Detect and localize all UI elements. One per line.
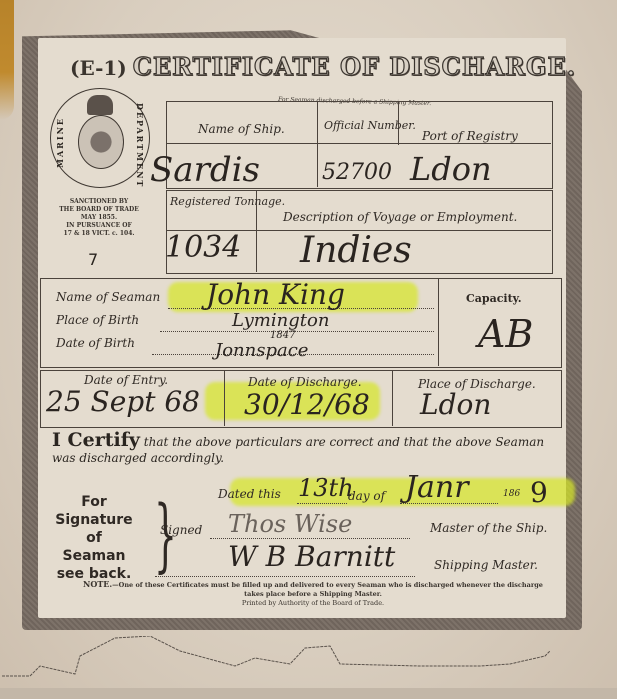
capacity-label: Capacity. — [466, 292, 522, 305]
dated-year-digit: 9 — [530, 476, 548, 509]
form-code: (E-1) — [70, 56, 127, 80]
note-line: of — [50, 529, 138, 547]
shipping-master-signature-line — [155, 576, 415, 577]
sanction-line: THE BOARD OF TRADE — [40, 206, 158, 214]
seal-right-text: DEPARTMENT — [135, 103, 145, 188]
official-number-value: 52700 — [322, 160, 392, 185]
footer-note: NOTE.—One of these Certificates must be … — [78, 580, 548, 608]
table-surface-edge — [0, 0, 14, 120]
dated-year-prefix: 186 — [503, 489, 520, 499]
dated-month: Janr — [405, 470, 469, 505]
voyage-value: Indies — [300, 230, 412, 271]
printed-by: Printed by Authority of the Board of Tra… — [78, 599, 548, 608]
date-of-birth-label: Date of Birth — [56, 336, 135, 350]
master-of-ship-label: Master of the Ship. — [430, 521, 547, 535]
master-signature-line — [210, 538, 410, 539]
royal-badge-icon — [78, 115, 124, 169]
sanction-notice: SANCTIONED BY THE BOARD OF TRADE MAY 185… — [40, 198, 158, 238]
master-signature: Thos Wise — [228, 510, 352, 538]
tonnage-label: Registered Tonnage. — [170, 196, 254, 208]
seaman-name-value: John King — [206, 278, 345, 311]
ship-name-label: Name of Ship. — [198, 122, 285, 136]
place-of-birth-label: Place of Birth — [56, 313, 139, 327]
signed-label: Signed — [160, 523, 202, 537]
divider — [438, 278, 439, 366]
day-line — [297, 503, 347, 504]
place-of-birth-value: Lymington — [232, 310, 329, 331]
sanction-line: MAY 1855. — [40, 214, 158, 222]
certification-statement: I Certify that the above particulars are… — [52, 432, 562, 466]
photo-bottom-edge — [0, 688, 617, 699]
form-number: 7 — [88, 250, 98, 269]
divider — [166, 143, 551, 144]
shipping-master-label: Shipping Master. — [434, 558, 538, 572]
sanction-line: 17 & 18 VICT. c. 104. — [40, 230, 158, 238]
birthplace-line — [160, 331, 434, 332]
shipping-master-signature: W B Barnitt — [228, 540, 395, 573]
official-number-label: Official Number. — [324, 120, 394, 132]
divider — [317, 101, 318, 187]
certificate-title: CERTIFICATE OF DISCHARGE. — [133, 52, 576, 81]
dated-prefix: Dated this — [218, 487, 281, 501]
voyage-label: Description of Voyage or Employment. — [283, 210, 517, 224]
note-line: Signature — [50, 511, 138, 529]
certify-lead: I Certify — [52, 429, 140, 451]
sanction-line: IN PURSUANCE OF — [40, 222, 158, 230]
capacity-value: AB — [478, 312, 533, 356]
seal-left-text: MARINE — [55, 117, 65, 168]
date-of-discharge-label: Date of Discharge. — [248, 375, 362, 389]
certificate-header: (E-1) CERTIFICATE OF DISCHARGE. — [70, 52, 576, 81]
highlight-dated-line — [230, 478, 575, 506]
note-line: Seaman — [50, 547, 138, 565]
port-of-registry-value: Ldon — [410, 150, 492, 188]
date-of-birth-value: Jonnspace — [215, 340, 308, 361]
traced-outline — [0, 636, 617, 686]
ship-name-value: Sardis — [150, 150, 260, 190]
divider — [392, 370, 393, 426]
note-text: —One of these Certificates must be fille… — [112, 581, 543, 598]
seaman-signature-note: For Signature of Seaman see back. — [50, 493, 138, 583]
place-of-discharge-value: Ldon — [420, 388, 491, 421]
tonnage-value: 1034 — [165, 230, 241, 265]
dated-mid: day of — [348, 489, 385, 503]
crown-icon — [87, 95, 113, 115]
marine-department-seal: MARINE DEPARTMENT — [50, 88, 150, 188]
dated-day: 13th — [298, 474, 354, 502]
sanction-line: SANCTIONED BY — [40, 198, 158, 206]
seaman-name-label: Name of Seaman — [56, 290, 160, 304]
note-lead: NOTE. — [83, 579, 112, 589]
date-of-discharge-value: 30/12/68 — [244, 388, 370, 421]
date-of-entry-value: 25 Sept 68 — [46, 385, 200, 418]
divider — [224, 370, 225, 426]
note-line: For — [50, 493, 138, 511]
port-of-registry-label: Port of Registry — [422, 129, 518, 143]
